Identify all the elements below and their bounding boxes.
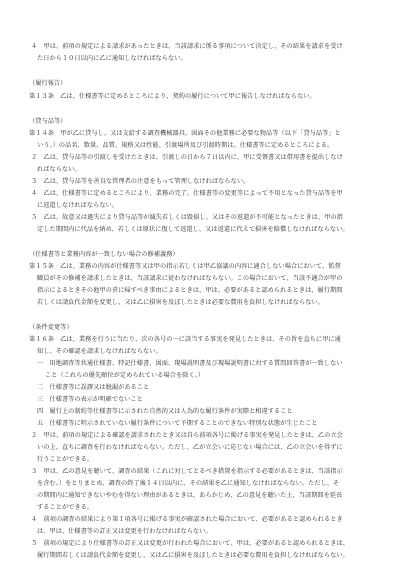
document-text-line: 知し、その確認を請求しなければならない。 — [37, 348, 162, 356]
document-text-line: を含む。）をとりまとめ、調査の終了後１４日以内に、その結果を乙に通知しなければな… — [37, 480, 339, 488]
document-text-line: 四 履行上の制約等仕様書等に示された自然的又は人為的な履行条件が実際と相違するこ… — [37, 408, 293, 416]
document-text-line: （貸与品等） — [29, 118, 66, 126]
document-text-line: こと（これらの優先順位が定められている場合を除く。） — [45, 372, 204, 380]
document-text-line: 指示によるときその他甲の責に帰すべき事由によるときは、甲は、必要があると認められ… — [37, 287, 343, 295]
document-text-line: 五 仕様書等に明示されていない履行条件について予期することのできない特別な状態が… — [37, 420, 318, 428]
document-text-line: 第１４条 甲が乙に貸与し、又は支給する調査機械器具、図面その他業務に必要な物品等… — [29, 130, 341, 138]
document-text-line: 行うことができる。 — [37, 456, 93, 464]
document-text-line: 第１５条 乙は、業務の内容が仕様書等又は甲の指示若しくは甲乙協議の内容に適合しな… — [29, 263, 341, 271]
document-text-line: 第１３条 乙は、仕様書等に定めるところにより、契約の履行について甲に報告しなけれ… — [29, 93, 316, 101]
document-text-line: （履行報告） — [29, 80, 66, 88]
document-text-line: ３ 乙は、貸与品等を善良な管理者の注意をもって管理しなければならない。 — [31, 178, 249, 186]
document-page: ４ 甲は、前項の規定による請求があったときは、当該請求に係る事項について決定し、… — [0, 0, 410, 580]
document-text-line: た日から１０日以内に乙に通知しなければならない。 — [37, 55, 187, 63]
document-text-line: ればならない。 — [37, 166, 81, 174]
document-text-line: 三 仕様書等の表示が明確でないこと — [37, 396, 143, 404]
document-text-line: に返還しなければならない。 — [37, 202, 118, 210]
document-text-line: は、甲は、仕様書等の訂正又は変更を行わなければならない。 — [37, 528, 212, 536]
document-text-line: することができる。 — [37, 504, 93, 512]
document-text-line: ５ 前項の規定により仕様書等の訂正又は変更が行われた場合において、甲は、必要があ… — [31, 540, 349, 548]
document-text-line: （仕様書等と業務内容が一致しない場合の修補義務） — [29, 251, 179, 259]
document-text-line: ２ 甲は、前項の規定による確認を請求されたとき又は自ら前項各号に掲げる事実を発見… — [31, 432, 343, 440]
document-text-line: 二 仕様書等に誤謬又は脱漏があること — [37, 384, 149, 392]
document-text-line: いの上、直ちに調査を行わなければならない。ただし、乙が立会いに応じない場合には、… — [37, 444, 343, 452]
document-text-line: 若しくは請負代金額を変更し、又は乙に損害を及ぼしたときは必要な費用を負担しなけれ… — [37, 299, 324, 307]
document-text-line: いう。）の品名、数量、品質、規格又は性能、引渡場所及び引渡時期は、仕様書等に定め… — [37, 142, 333, 150]
document-text-line: 第１６条 乙は、業務を行うに当たり、次の各号の一に該当する事実を発見したときは、… — [29, 336, 341, 344]
document-text-line: ３ 甲は、乙の意見を聴いて、調査の結果（これに対してとるべき措置を指示する必要が… — [31, 468, 343, 476]
document-text-line: 職員がその修補を請求したときは、当該請求に従わなければならない。この場合において… — [37, 275, 343, 283]
document-text-line: ２ 乙は、貸与品等の引渡しを受けたときは、引渡しの日から７日以内に、甲に受領書又… — [31, 154, 343, 162]
document-text-line: 定した期間内に代品を納め、若しくは原状に復して返還し、又は返還に代えて損害を賠償… — [37, 226, 349, 234]
document-text-line: ４ 乙は、仕様書等に定めるところにより、業務の完了、仕様書等の変更等によって不用… — [31, 190, 343, 198]
document-text-line: ５ 乙は、故意又は過失により貸与品等が滅失若しくは毀損し、又はその返還が不可能と… — [31, 214, 343, 222]
document-text-line: ４ 前項の調査の結果により第１項各号に掲げる事実が確認された場合において、必要が… — [31, 516, 343, 524]
document-text-line: （条件変更等） — [29, 324, 73, 332]
document-text-line: の期間内に通知できないやむを得ない理由があるときは、あらかじめ、乙の意見を聴いた… — [37, 492, 342, 500]
document-text-line: ４ 甲は、前項の規定による請求があったときは、当該請求に係る事項について決定し、… — [31, 43, 343, 51]
document-text-line: 履行期間若しくは請負代金額を変更し、又は乙に損害を及ぼしたときは必要な費用を負担… — [37, 552, 349, 560]
document-text-line: 一 用地調査等共通仕様書、特記仕様書、図面、現場説明書及び現場説明書に対する質問… — [37, 360, 343, 368]
